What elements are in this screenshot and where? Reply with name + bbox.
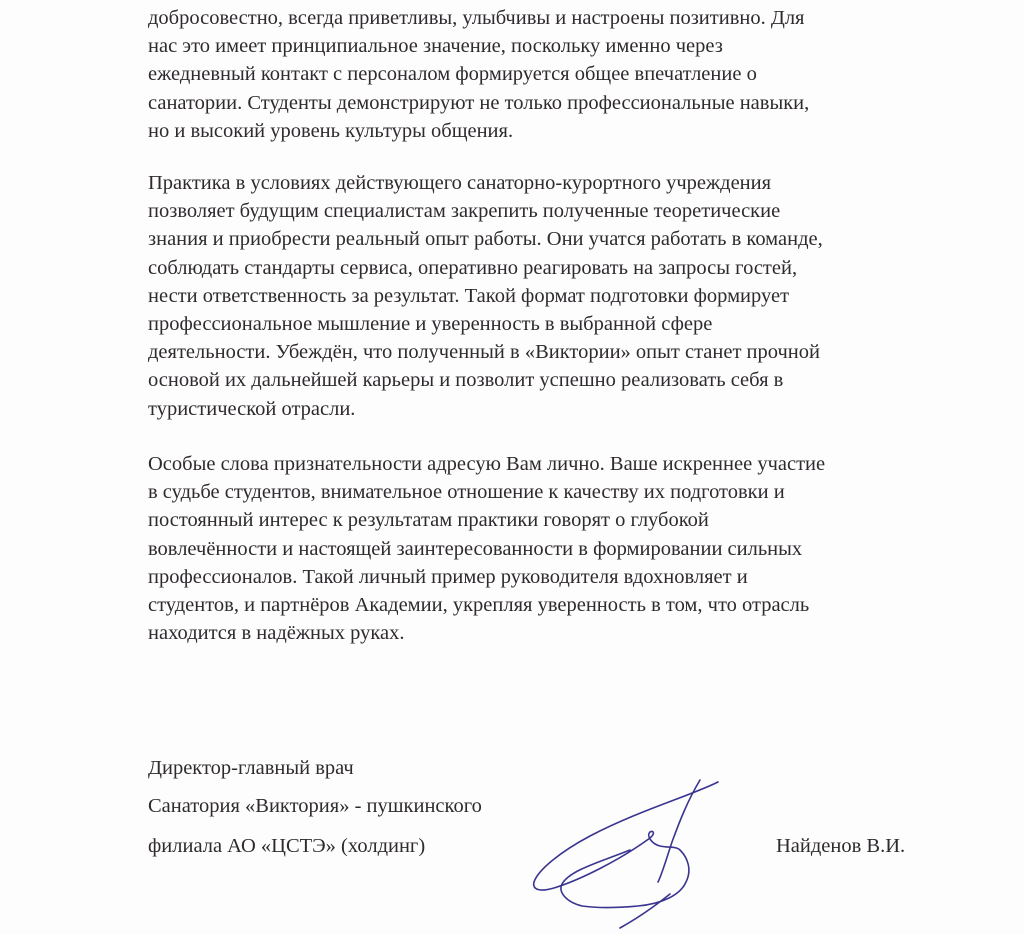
text-line: в судьбе студентов, внимательное отношен… <box>148 478 968 506</box>
text-line: Особые слова признательности адресую Вам… <box>148 450 968 478</box>
text-line: знания и приобрести реальный опыт работы… <box>148 225 968 253</box>
text-line: ежедневный контакт с персоналом формируе… <box>148 60 968 88</box>
text-line: санатории. Студенты демонстрируют не тол… <box>148 89 968 117</box>
text-line: вовлечённости и настоящей заинтересованн… <box>148 535 968 563</box>
text-line: профессионалов. Такой личный пример руко… <box>148 563 968 591</box>
paragraph-practice-value: Практика в условиях действующего санатор… <box>148 169 968 423</box>
handwritten-signature-icon <box>520 770 720 934</box>
signer-organization: Санатория «Виктория» - пушкинского <box>148 792 482 820</box>
text-line: нести ответственность за результат. Тако… <box>148 282 968 310</box>
paragraph-gratitude: Особые слова признательности адресую Вам… <box>148 450 968 647</box>
text-line: Практика в условиях действующего санатор… <box>148 169 968 197</box>
text-line: но и высокий уровень культуры общения. <box>148 117 968 145</box>
text-line: туристической отрасли. <box>148 395 968 423</box>
text-line: постоянный интерес к результатам практик… <box>148 506 968 534</box>
signer-name: Найденов В.И. <box>776 832 905 860</box>
signer-position-title: Директор-главный врач <box>148 754 354 782</box>
text-line: студентов, и партнёров Академии, укрепля… <box>148 591 968 619</box>
text-line: деятельности. Убеждён, что полученный в … <box>148 338 968 366</box>
text-line: находится в надёжных руках. <box>148 619 968 647</box>
paragraph-staff-conduct: добросовестно, всегда приветливы, улыбчи… <box>148 4 968 145</box>
text-line: добросовестно, всегда приветливы, улыбчи… <box>148 4 968 32</box>
text-line: основой их дальнейшей карьеры и позволит… <box>148 366 968 394</box>
text-line: профессиональное мышление и уверенность … <box>148 310 968 338</box>
text-line: соблюдать стандарты сервиса, оперативно … <box>148 254 968 282</box>
text-line: нас это имеет принципиальное значение, п… <box>148 32 968 60</box>
text-line: позволяет будущим специалистам закрепить… <box>148 197 968 225</box>
signer-organization-branch: филиала АО «ЦСТЭ» (холдинг) <box>148 832 425 860</box>
letter-page: добросовестно, всегда приветливы, улыбчи… <box>0 0 1024 934</box>
